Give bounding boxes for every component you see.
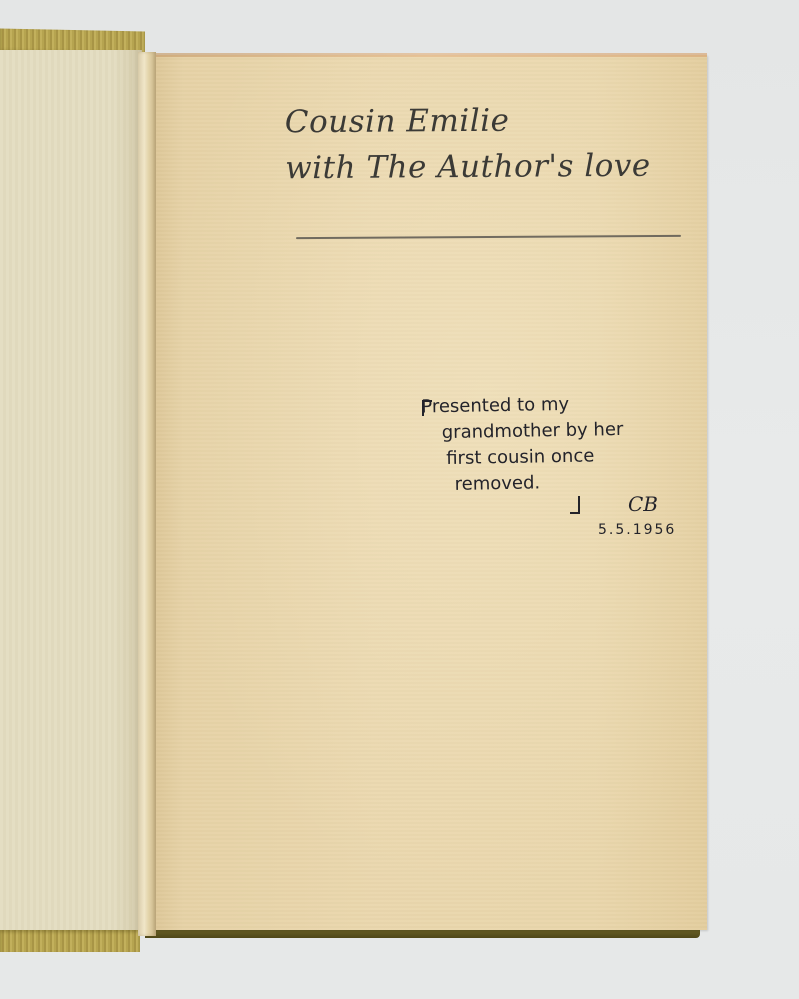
book-gutter — [138, 52, 156, 936]
presentation-note: Presented to my grandmother by her first… — [421, 390, 703, 499]
left-endpaper — [0, 50, 142, 932]
page-top-edge — [150, 53, 707, 57]
author-inscription: Cousin Emilie with The Author's love — [285, 97, 651, 192]
note-line-4: removed. — [422, 468, 702, 499]
inscription-line-2: with The Author's love — [285, 143, 651, 192]
inscription-line-1: Cousin Emilie — [285, 97, 651, 146]
cover-cloth-bottom-edge — [0, 930, 140, 952]
note-initials: CB — [628, 492, 658, 516]
note-date: 5.5.1956 — [598, 522, 676, 538]
close-bracket — [570, 496, 580, 514]
